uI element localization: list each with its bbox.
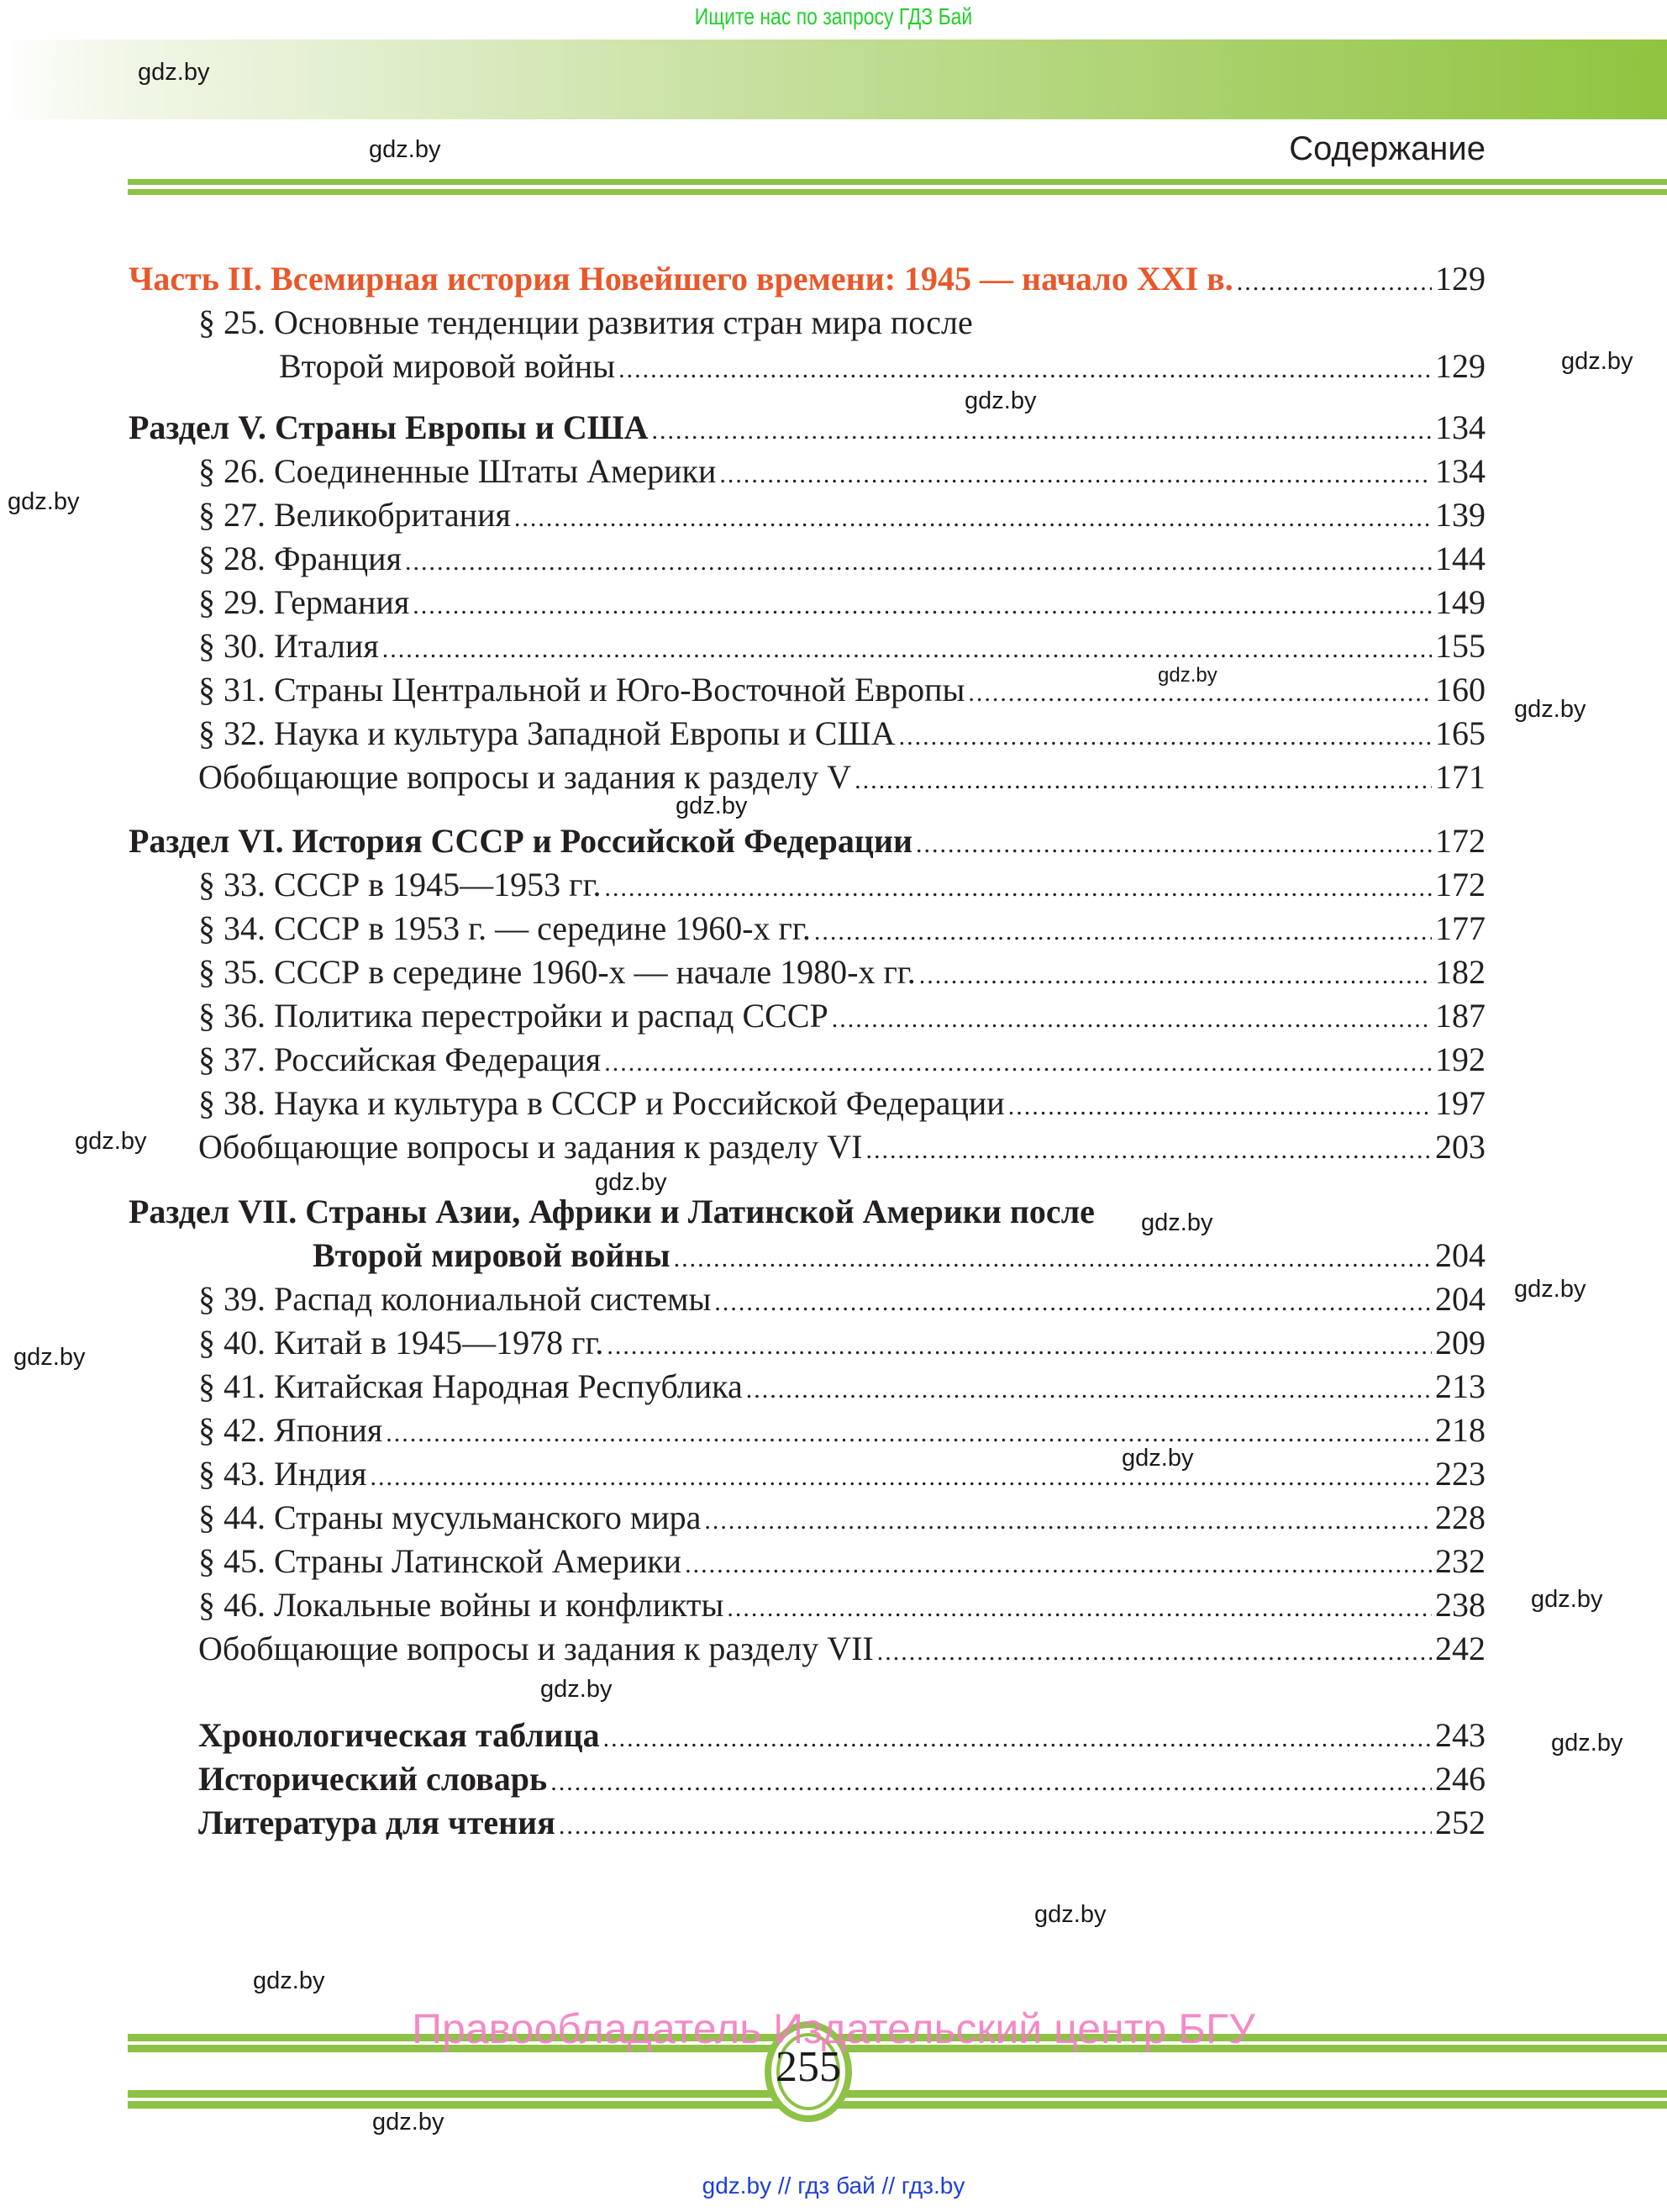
toc-page-number: 144 [1435,537,1486,581]
footer-links[interactable]: gdz.by // гдз бай // гдз.by [0,2172,1667,2199]
watermark: gdz.by [1514,696,1585,724]
toc-item-label: § 40. Китай в 1945—1978 гг. [198,1321,603,1365]
toc-item-label: § 39. Распад колониальной системы [198,1277,711,1321]
toc-page-number: 243 [1435,1714,1486,1757]
footer-rule-4 [128,2101,1667,2109]
toc-item[interactable]: § 34. СССР в 1953 г. — середине 1960-х г… [198,907,1486,951]
watermark: gdz.by [1122,1445,1193,1472]
toc-page-number: 232 [1435,1540,1486,1583]
toc-item-label: § 29. Германия [198,581,409,624]
toc-page-number: 139 [1435,493,1486,537]
leader-dots [832,998,1432,1041]
toc-page-number: 172 [1435,863,1486,907]
watermark: gdz.by [540,1676,612,1704]
toc-item-label: Литература для чтения [198,1801,555,1845]
toc-item-line1[interactable]: § 25. Основные тенденции развития стран … [198,301,1486,345]
leader-dots [746,1368,1432,1412]
toc-item[interactable]: § 31. Страны Центральной и Юго-Восточной… [198,668,1486,712]
toc-page-number: 172 [1435,819,1486,863]
toc-section-label: Второй мировой войны [313,1234,670,1277]
toc-page-number: 203 [1435,1125,1486,1169]
header-rule-top [128,179,1667,185]
toc-item[interactable]: § 45. Страны Латинской Америки232 [198,1540,1486,1583]
leader-dots [386,1412,1432,1456]
toc-item-label: § 33. СССР в 1945—1953 гг. [198,863,601,907]
leader-dots [674,1237,1432,1281]
toc-item[interactable]: § 32. Наука и культура Западной Европы и… [198,712,1486,756]
toc-item-label: § 42. Япония [198,1409,382,1452]
leader-dots [899,715,1432,759]
leader-dots [719,453,1432,497]
leader-dots [382,628,1432,671]
toc-item-label: § 30. Италия [198,624,379,668]
leader-dots [370,1456,1432,1499]
toc-page-number: 155 [1435,624,1486,668]
toc-page-number: 134 [1435,406,1486,450]
toc-section-heading-line2[interactable]: Второй мировой войны 204 [313,1234,1486,1277]
leader-dots [413,584,1432,628]
leader-dots [877,1630,1432,1674]
toc-item[interactable]: Литература для чтения252 [198,1801,1486,1845]
toc-page-number: 223 [1435,1452,1486,1496]
toc-item-label: § 34. СССР в 1953 г. — середине 1960-х г… [198,907,811,951]
toc-section-heading-line1[interactable]: Раздел VII. Страны Азии, Африки и Латинс… [129,1190,1486,1234]
toc-item[interactable]: § 42. Япония218 [198,1409,1486,1452]
toc-section-heading[interactable]: Раздел V. Страны Европы и США 134 [129,406,1486,450]
toc-item[interactable]: § 36. Политика перестройки и распад СССР… [198,994,1486,1038]
toc-item-label: § 31. Страны Центральной и Юго-Восточной… [198,668,965,712]
leader-dots [618,348,1432,392]
toc-page-number: 197 [1435,1082,1486,1125]
toc-page-number: 213 [1435,1365,1486,1409]
leader-dots [685,1543,1432,1587]
watermark: gdz.by [13,1344,85,1372]
toc-item-label: Исторический словарь [198,1757,547,1801]
toc-item-label: § 46. Локальные войны и конфликты [198,1583,723,1627]
toc-page-number: 192 [1435,1038,1486,1082]
toc-page-number: 160 [1435,668,1486,712]
toc-item[interactable]: § 37. Российская Федерация192 [198,1038,1486,1082]
toc-page-number: 218 [1435,1409,1486,1452]
toc-item[interactable]: § 41. Китайская Народная Республика213 [198,1365,1486,1409]
toc-page-number: 252 [1435,1801,1486,1845]
leader-dots [919,954,1432,998]
toc-item-label: § 41. Китайская Народная Республика [198,1365,743,1409]
search-us-banner: Ищите нас по запросу ГДЗ Бай [150,3,1517,30]
toc-item-label: § 43. Индия [198,1452,366,1496]
toc-item[interactable]: § 33. СССР в 1945—1953 гг.172 [198,863,1486,907]
toc-item-label: § 28. Франция [198,537,402,581]
watermark: gdz.by [965,387,1036,415]
toc-section-label: Раздел V. Страны Европы и США [129,406,649,450]
watermark: gdz.by [369,136,440,164]
toc-item-label: Обобщающие вопросы и задания к разделу V… [198,1627,874,1671]
toc-page-number: 228 [1435,1496,1486,1540]
toc-page-number: 238 [1435,1583,1486,1627]
toc-part-label: Часть II. Всемирная история Новейшего вр… [129,257,1233,301]
toc-item[interactable]: § 44. Страны мусульманского мира228 [198,1496,1486,1540]
toc-item-label: § 36. Политика перестройки и распад СССР [198,994,828,1038]
toc-page-number: 204 [1435,1277,1486,1321]
toc-section-label: Раздел VI. История СССР и Российской Фед… [129,819,912,863]
toc-item-label: § 27. Великобритания [198,493,511,537]
copyright-owner-text: Правообладатель Издательский центр БГУ [0,2004,1667,2053]
toc-item[interactable]: § 39. Распад колониальной системы204 [198,1277,1486,1321]
toc-item[interactable]: § 28. Франция144 [198,537,1486,581]
leader-dots [603,1717,1432,1761]
toc-page-number: 204 [1435,1234,1486,1277]
leader-dots [727,1587,1432,1630]
toc-item[interactable]: Хронологическая таблица243 [198,1714,1486,1757]
toc-item[interactable]: § 46. Локальные войны и конфликты238 [198,1583,1486,1627]
watermark: gdz.by [1158,664,1217,687]
toc-item-label: § 25. Основные тенденции развития стран … [198,301,973,345]
toc-item[interactable]: Обобщающие вопросы и задания к разделу V… [198,1627,1486,1671]
toc-item[interactable]: Второй мировой войны 129 [279,345,1486,388]
toc-item[interactable]: § 35. СССР в середине 1960-х — начале 19… [198,951,1486,994]
toc-page-number: 246 [1435,1757,1486,1801]
toc-section-heading[interactable]: Раздел VI. История СССР и Российской Фед… [129,819,1486,863]
toc-item-label: § 37. Российская Федерация [198,1038,601,1082]
toc-item-label: Второй мировой войны [279,345,615,388]
watermark: gdz.by [1514,1276,1585,1303]
leader-dots [1237,261,1432,304]
leader-dots [704,1499,1432,1543]
toc-page-number: 171 [1435,756,1486,799]
toc-page-number: 129 [1435,257,1486,301]
watermark: gdz.by [75,1128,146,1156]
toc-item-label: § 35. СССР в середине 1960-х — начале 19… [198,951,916,994]
toc-item[interactable]: § 26. Соединенные Штаты Америки134 [198,450,1486,493]
leader-dots [855,759,1432,803]
toc-item-label: § 45. Страны Латинской Америки [198,1540,681,1583]
watermark: gdz.by [1531,1586,1602,1614]
toc-item[interactable]: § 30. Италия155 [198,624,1486,668]
toc-page-number: 242 [1435,1627,1486,1671]
toc-page-number: 182 [1435,951,1486,994]
leader-dots [559,1804,1432,1848]
watermark: gdz.by [138,59,209,87]
watermark: gdz.by [8,488,79,516]
toc-page-number: 134 [1435,450,1486,493]
leader-dots [865,1129,1432,1172]
toc-item-label: § 38. Наука и культура в СССР и Российск… [198,1082,1005,1125]
toc-page-number: 165 [1435,712,1486,756]
toc-item[interactable]: § 43. Индия223 [198,1452,1486,1496]
toc-item-label: § 32. Наука и культура Западной Европы и… [198,712,896,756]
toc-item[interactable]: § 38. Наука и культура в СССР и Российск… [198,1082,1486,1125]
toc-page-number: 187 [1435,994,1486,1038]
toc-item-label: Хронологическая таблица [198,1714,600,1757]
leader-dots [604,1041,1432,1085]
leader-dots [916,823,1432,866]
leader-dots [550,1761,1432,1804]
toc-item[interactable]: § 40. Китай в 1945—1978 гг.209 [198,1321,1486,1365]
toc-item[interactable]: § 29. Германия149 [198,581,1486,624]
toc-item[interactable]: Обобщающие вопросы и задания к разделу V… [198,756,1486,799]
leader-dots [652,409,1432,453]
toc-page-number: 177 [1435,907,1486,951]
watermark: gdz.by [1141,1209,1212,1237]
toc-part-heading[interactable]: Часть II. Всемирная история Новейшего вр… [129,257,1486,301]
toc-page-number: 209 [1435,1321,1486,1365]
leader-dots [714,1281,1432,1325]
leader-dots [514,497,1432,540]
toc-item-label: Обобщающие вопросы и задания к разделу V… [198,1125,862,1169]
watermark: gdz.by [676,793,747,820]
leader-dots [405,540,1432,584]
leader-dots [607,1325,1432,1368]
watermark: gdz.by [253,1967,324,1995]
toc-item-label: Обобщающие вопросы и задания к разделу V [198,756,851,799]
watermark: gdz.by [1551,1730,1622,1757]
watermark: gdz.by [595,1169,666,1197]
toc-item[interactable]: § 27. Великобритания139 [198,493,1486,537]
toc-item-label: § 26. Соединенные Штаты Америки [198,450,716,493]
toc-item[interactable]: Исторический словарь246 [198,1757,1486,1801]
header-band [0,39,1667,119]
watermark: gdz.by [372,2109,444,2136]
watermark: gdz.by [1034,1901,1106,1929]
header-rule-bottom [128,189,1667,195]
leader-dots [814,910,1432,954]
toc-item-label: § 44. Страны мусульманского мира [198,1496,701,1540]
footer-rule-3 [128,2090,1667,2098]
toc-page-number: 149 [1435,581,1486,624]
leader-dots [604,866,1432,910]
section-title: Содержание [1289,130,1486,168]
toc-page-number: 129 [1435,345,1486,388]
watermark: gdz.by [1561,348,1633,376]
toc-item[interactable]: Обобщающие вопросы и задания к разделу V… [198,1125,1486,1169]
leader-dots [1008,1085,1432,1129]
